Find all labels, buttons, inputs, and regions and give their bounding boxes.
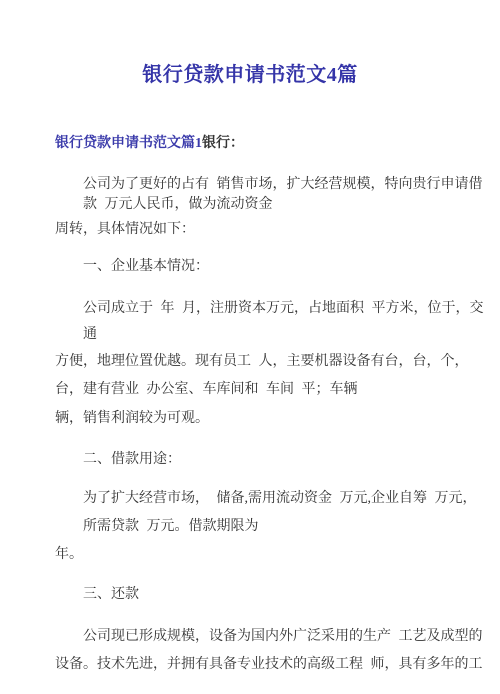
document-page: 银行贷款申请书范文4篇 银行贷款申请书范文篇1银行： 公司为了更好的占有 销售市… [0,0,500,694]
document-line: 所需贷款 万元。借款期限为 [83,518,259,536]
document-line: 为了扩大经营市场， 储备,需用流动资金 万元,企业自筹 万元， [83,490,477,508]
document-line: 辆，销售利润较为可观。 [55,410,209,428]
section-heading-repayment: 三、还款 [83,586,139,604]
section-1-heading: 银行贷款申请书范文篇1银行： [55,135,244,153]
document-line: 公司成立于 年 月，注册资本万元，占地面积 平方米，位于，交 [83,300,484,318]
section-heading-loan-purpose: 二、借款用途： [83,451,181,469]
document-line: 公司现已形成规模，设备为国内外广泛采用的生产 工艺及成型的 [83,628,483,646]
section-heading-basic-info: 一、企业基本情况： [83,258,209,276]
document-title: 银行贷款申请书范文4篇 [0,58,500,87]
document-line: 设备。技术先进，并拥有具备专业技术的高级工程 师，具有多年的工 [55,656,483,674]
document-line: 通 [83,326,97,344]
document-line: 周转，具体情况如下： [55,221,195,239]
document-line: 方便，地理位置优越。现有员工 人，主要机器设备有台，台，个， [55,353,469,371]
document-line: 年。 [55,546,83,564]
section-1-heading-highlight: 银行贷款申请书范文篇1 [55,136,202,151]
document-line: 台，建有营业 办公室、车库间和 车间 平；车辆 [55,381,358,399]
section-1-heading-rest: 银行： [202,136,244,151]
document-line: 款 万元人民币，做为流动资金 [83,196,273,214]
document-line: 公司为了更好的占有 销售市场，扩大经营规模，特向贵行申请借 [83,176,483,194]
